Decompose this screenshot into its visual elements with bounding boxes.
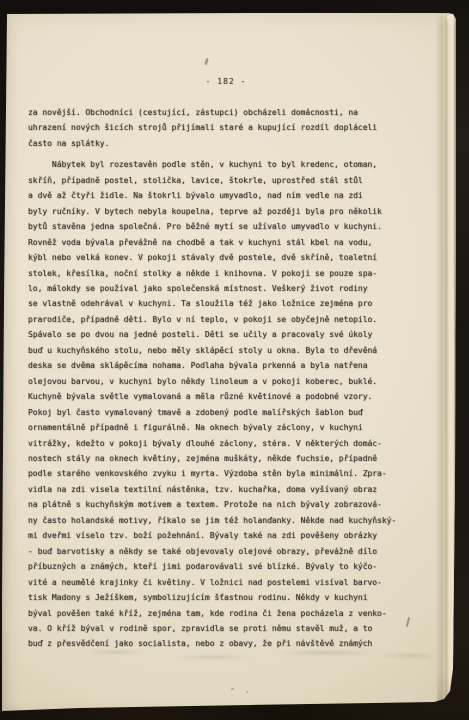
paragraph-1: za novější. Obchodníci (cestující, zástu… [28, 105, 432, 151]
paragraph-2: Nábytek byl rozestavěn podle stěn, v kuc… [28, 157, 432, 652]
book-fore-edge [437, 14, 456, 700]
page-number: - 182 - [28, 77, 424, 86]
page-corner-highlight [446, 15, 455, 27]
page-text: za novější. Obchodníci (cestující, zástu… [28, 105, 432, 652]
ink-bleedthrough [80, 646, 432, 664]
